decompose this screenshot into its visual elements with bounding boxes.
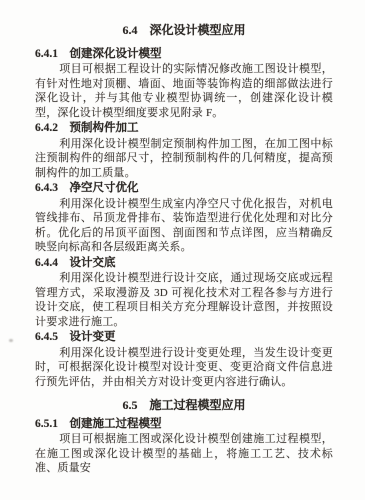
section-645: 6.4.5 设计变更 利用深化设计模型进行设计变更处理，当发生设计变更时，可根据…	[35, 330, 333, 389]
section-642-body: 利用深化设计模型制定预制构件加工图，在加工图中标注预制构件的细部尺寸，控制预制构…	[35, 137, 333, 181]
scanned-document-page: 6.4 深化设计模型应用 6.4.1 创建深化设计模型 项目可根据工程设计的实际…	[0, 0, 365, 500]
section-644-title: 6.4.4 设计交底	[35, 256, 333, 270]
section-651-title: 6.5.1 创建施工过程模型	[35, 417, 333, 431]
section-651: 6.5.1 创建施工过程模型 项目可根据施工图或深化设计模型创建施工过程模型，在…	[35, 417, 333, 476]
section-645-title: 6.4.5 设计变更	[35, 330, 333, 344]
section-643: 6.4.3 净空尺寸优化 利用深化设计模型生成室内净空尺寸优化报告，对机电管线排…	[35, 181, 333, 254]
scan-artifact-speck	[9, 339, 13, 342]
section-644-body: 利用深化设计模型进行设计交底，通过现场交底或远程管理方式，采取漫游及 3D 可视…	[35, 271, 333, 329]
section-644: 6.4.4 设计交底 利用深化设计模型进行设计交底，通过现场交底或远程管理方式，…	[35, 256, 333, 329]
section-642: 6.4.2 预制构件加工 利用深化设计模型制定预制构件加工图，在加工图中标注预制…	[35, 121, 333, 180]
section-651-body: 项目可根据施工图或深化设计模型创建施工过程模型，在施工图或深化设计模型的基础上，…	[35, 432, 333, 476]
section-641-body: 项目可根据工程设计的实际情况修改施工图设计模型，有针对性地对顶棚、墙面、地面等装…	[35, 62, 333, 120]
chapter-65-heading: 6.5 施工过程模型应用	[35, 398, 333, 413]
section-641: 6.4.1 创建深化设计模型 项目可根据工程设计的实际情况修改施工图设计模型，有…	[35, 47, 333, 120]
section-641-title: 6.4.1 创建深化设计模型	[35, 47, 333, 61]
section-645-body: 利用深化设计模型进行设计变更处理，当发生设计变更时，可根据深化设计模型对设计变更…	[35, 346, 333, 390]
section-642-title: 6.4.2 预制构件加工	[35, 121, 333, 135]
section-643-body: 利用深化设计模型生成室内净空尺寸优化报告，对机电管线排布、吊顶龙骨排布、装饰造型…	[35, 197, 333, 255]
chapter-64-heading: 6.4 深化设计模型应用	[35, 23, 333, 38]
section-643-title: 6.4.3 净空尺寸优化	[35, 181, 333, 195]
